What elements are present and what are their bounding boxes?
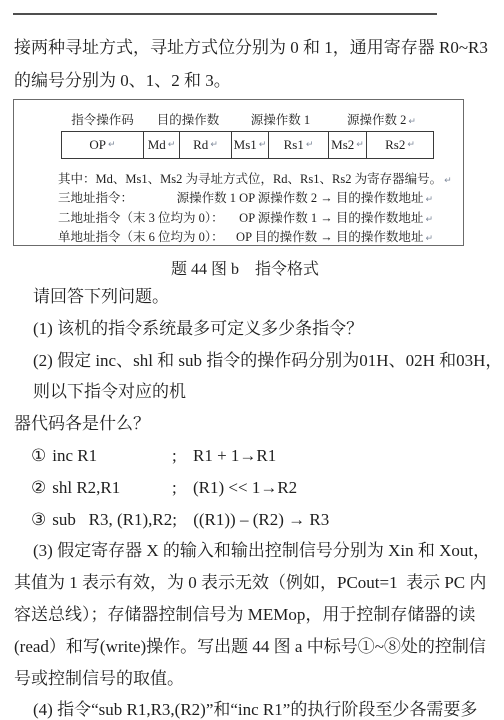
question-body: 请回答下列问题。 (1) 该机的指令系统最多可定义多少条指令？ (2) 假定 i…: [14, 281, 500, 720]
body-line: 号或控制信号的取值。: [14, 663, 500, 695]
figure-inner: 指令操作码 目的操作数 源操作数 1 源操作数 2↵ OP↵ Md↵ Rd↵ M…: [14, 100, 463, 249]
comment-separator: ;: [172, 472, 193, 504]
question-4: (4) 指令“sub R1,R3,(R2)”和“inc R1”的执行阶段至少各需…: [14, 694, 500, 720]
return-mark: ↵: [408, 117, 416, 127]
rule-label: 二地址指令（末 3 位均为 0）：: [58, 210, 224, 230]
comment-separator: ;: [172, 504, 193, 536]
body-line: (read）和写(write)操作。写出题 44 图 a 中标号①~⑧处的控制信: [14, 631, 500, 663]
return-mark: ↵: [425, 215, 433, 225]
return-mark: ↵: [168, 140, 176, 150]
field-md: Md↵: [144, 131, 180, 159]
circled-number: ①: [31, 446, 46, 465]
figure-rule-two-address: 二地址指令（末 3 位均为 0）： OP 源操作数 1 → 目的操作数地址↵: [56, 210, 433, 230]
body-line: 容送总线）；存储器控制信号为 MEMop，用于控制存储器的读: [14, 599, 500, 631]
instruction-format-figure: 指令操作码 目的操作数 源操作数 1 源操作数 2↵ OP↵ Md↵ Rd↵ M…: [13, 99, 464, 246]
group-header-source2: 源操作数 2↵: [329, 110, 434, 128]
instruction-effect: (R1) << 1→R2: [193, 472, 297, 504]
rule-expression: OP 目的操作数 → 目的操作数地址↵: [236, 229, 433, 249]
question-2: (2) 假定 inc、shl 和 sub 指令的操作码分别为01H、02H 和0…: [14, 345, 500, 377]
rule-label: 单地址指令（末 6 位均为 0）：: [58, 229, 224, 249]
return-mark: ↵: [108, 140, 116, 150]
circled-number: ②: [31, 478, 46, 497]
comment-separator: ;: [172, 440, 193, 472]
instruction-line-2: ②shl R2,R1 ; (R1) << 1→R2: [14, 472, 500, 504]
page-top-rule: [13, 13, 437, 15]
figure-rule-one-address: 单地址指令（末 6 位均为 0）： OP 目的操作数 → 目的操作数地址↵: [56, 229, 433, 249]
rule-expression: 源操作数 1 OP 源操作数 2 → 目的操作数地址↵: [177, 190, 433, 210]
return-mark: ↵: [259, 140, 267, 150]
return-mark: ↵: [444, 176, 452, 186]
body-line: 器代码各是什么？: [14, 408, 500, 440]
intro-paragraph: 接两种寻址方式，寻址方式位分别为 0 和 1，通用寄存器 R0~R3 的编号分别…: [14, 32, 494, 97]
body-line: 其值为 1 表示有效，为 0 表示无效（例如，PCout=1 表示 PC 内: [14, 567, 500, 599]
question-3: (3) 假定寄存器 X 的输入和输出控制信号分别为 Xin 和 Xout，: [14, 535, 500, 567]
instruction-code: ③sub R3, (R1),R2: [31, 504, 172, 536]
figure-caption: 题 44 图 b 指令格式: [0, 256, 490, 279]
figure-rule-three-address: 三地址指令： 源操作数 1 OP 源操作数 2 → 目的操作数地址↵: [56, 190, 433, 210]
instruction-effect: R1 + 1→R1: [193, 440, 276, 472]
group-header-source1: 源操作数 1: [232, 110, 329, 128]
field-rs2: Rs2↵: [367, 131, 434, 159]
return-mark: ↵: [306, 140, 314, 150]
figure-field-row: OP↵ Md↵ Rd↵ Ms1↵ Rs1↵ Ms2↵ Rs2↵: [61, 131, 434, 159]
instruction-effect: ((R1)) – (R2) → R3: [193, 504, 329, 536]
field-op: OP↵: [61, 131, 144, 159]
field-ms2: Ms2↵: [329, 131, 367, 159]
return-mark: ↵: [425, 195, 433, 205]
body-line: 请回答下列问题。: [14, 281, 500, 313]
body-line: 则以下指令对应的机: [14, 376, 500, 408]
group-header-dest: 目的操作数: [144, 110, 232, 128]
return-mark: ↵: [425, 234, 433, 244]
instruction-code: ①inc R1: [31, 440, 172, 472]
field-ms1: Ms1↵: [232, 131, 269, 159]
figure-note: 其中：Md、Ms1、Ms2 为寻址方式位，Rd、Rs1、Rs2 为寄存器编号。↵: [58, 169, 433, 187]
intro-line-1: 接两种寻址方式，寻址方式位分别为 0 和 1，通用寄存器 R0~R3: [14, 32, 494, 65]
rule-expression: OP 源操作数 1 → 目的操作数地址↵: [239, 210, 433, 230]
circled-number: ③: [31, 510, 46, 529]
instruction-line-3: ③sub R3, (R1),R2 ; ((R1)) – (R2) → R3: [14, 504, 500, 536]
question-1: (1) 该机的指令系统最多可定义多少条指令？: [14, 313, 500, 345]
rule-label: 三地址指令：: [58, 190, 133, 210]
instruction-line-1: ①inc R1 ; R1 + 1→R1: [14, 440, 500, 472]
return-mark: ↵: [210, 140, 218, 150]
field-rs1: Rs1↵: [269, 131, 329, 159]
figure-field-group-headers: 指令操作码 目的操作数 源操作数 1 源操作数 2↵: [61, 110, 434, 128]
return-mark: ↵: [407, 140, 415, 150]
field-rd: Rd↵: [180, 131, 232, 159]
instruction-code: ②shl R2,R1: [31, 472, 172, 504]
document-page: 接两种寻址方式，寻址方式位分别为 0 和 1，通用寄存器 R0~R3 的编号分别…: [0, 0, 504, 720]
group-header-opcode: 指令操作码: [61, 110, 144, 128]
return-mark: ↵: [356, 140, 364, 150]
intro-line-2: 的编号分别为 0、1、2 和 3。: [14, 65, 494, 98]
